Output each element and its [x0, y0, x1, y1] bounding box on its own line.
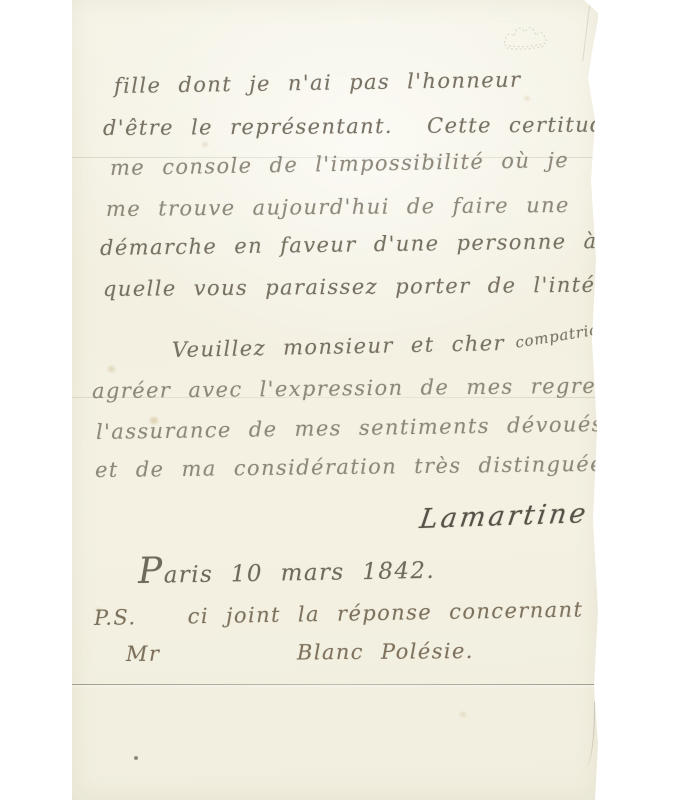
postscript-line: Mr Blanc Polésie.: [126, 639, 474, 666]
handwritten-text: Veuillez monsieur et cher: [172, 331, 505, 362]
paper-tear-edge: [564, 0, 590, 61]
crown-embossing-icon: [497, 19, 553, 54]
foxing-spot: [202, 142, 208, 147]
foxing-spot: [524, 96, 530, 101]
foxing-spot: [460, 712, 466, 717]
letter-photo: fille dont je n'ai pas l'honneur d'être …: [0, 0, 700, 800]
handwritten-line: démarche en faveur d'une personne à la: [100, 229, 637, 260]
handwritten-text: compatriote: [514, 318, 617, 352]
handwritten-line: agréer avec l'expression de mes regrets: [92, 373, 618, 403]
paper-surface: fille dont je n'ai pas l'honneur d'être …: [72, 0, 598, 800]
handwritten-line: d'être le représentant. Cette certitude: [103, 112, 619, 140]
signature: Lamartine: [418, 498, 591, 535]
handwritten-line: et de ma considération très distinguée.: [95, 452, 612, 482]
paper-crease: [580, 702, 595, 766]
handwritten-line: me console de l'impossibilité où je: [110, 148, 569, 180]
ink-speck: [134, 756, 138, 760]
dateline: Paris 10 mars 1842.: [138, 546, 436, 592]
paper-sheet: fille dont je n'ai pas l'honneur d'être …: [72, 0, 598, 800]
handwritten-line: me trouve aujourd'hui de faire une: [106, 193, 570, 221]
fold-line: [72, 684, 598, 685]
handwritten-line: Veuillez monsieur et chercompatriote: [172, 329, 616, 362]
postscript-line: P.S. ci joint la réponse concernant: [94, 597, 584, 630]
handwritten-line: fille dont je n'ai pas l'honneur: [114, 68, 522, 98]
handwritten-line: quelle vous paraissez porter de l'intérê…: [103, 272, 639, 301]
handwritten-line: l'assurance de mes sentiments dévoués: [96, 412, 604, 444]
foxing-spot: [108, 366, 115, 372]
